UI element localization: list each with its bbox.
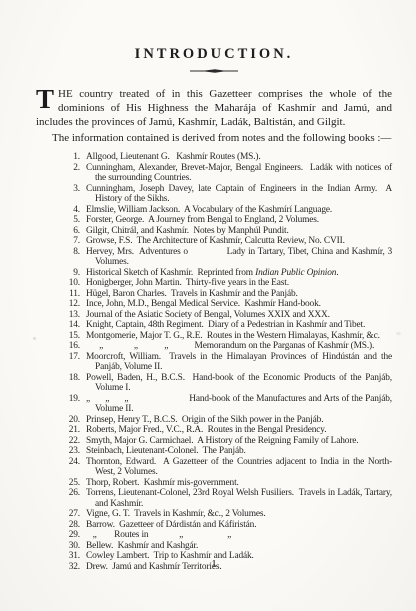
scan-speck <box>33 337 36 340</box>
list-item-number: 13. <box>54 310 86 321</box>
list-item-text: Thorp, Robert. Kashmír mis-government. <box>86 478 392 489</box>
list-item-text: Journal of the Asiatic Society of Bengal… <box>86 310 392 321</box>
list-item-text: Powell, Baden, H., B.C.S. Hand-book of t… <box>86 373 392 394</box>
list-item-number: 21. <box>54 425 86 436</box>
page-number: 1 <box>36 558 392 570</box>
list-item-number: 1. <box>54 152 86 163</box>
list-item-number: 2. <box>54 163 86 184</box>
intro-note: The information contained is derived fro… <box>36 131 392 145</box>
list-item: 1.Allgood, Lieutenant G. Kashmír Routes … <box>54 152 392 163</box>
list-item: 8.Hervey, Mrs. Adventures o Lady in Tart… <box>54 247 392 268</box>
list-item-number: 4. <box>54 205 86 216</box>
list-item-text: Allgood, Lieutenant G. Kashmír Routes (M… <box>86 152 392 163</box>
list-item: 21.Roberts, Major Fred., V.C., R.A. Rout… <box>54 425 392 436</box>
list-item-text: Prinsep, Henry T., B.C.S. Origin of the … <box>86 415 392 426</box>
list-item: 24.Thornton, Edward. A Gazetteer of the … <box>54 457 392 478</box>
list-item-text: „ „ „ Hand-book of the Manufactures and … <box>86 394 392 415</box>
intro-paragraph-text: HE country treated of in this Gazetteer … <box>36 88 392 128</box>
list-item: 2.Cunningham, Alexander, Brevet-Major, B… <box>54 163 392 184</box>
list-item: 16. „ „ „ Memorandum on the Parganas of … <box>54 341 392 352</box>
list-item-text: Ince, John, M.D., Bengal Medical Service… <box>86 299 392 310</box>
list-item-number: 9. <box>54 268 86 279</box>
list-item-number: 7. <box>54 236 86 247</box>
intro-paragraph: THE country treated of in this Gazetteer… <box>36 87 392 129</box>
list-item-text: Gilgit, Chitrál, and Kashmír. Notes by M… <box>86 226 392 237</box>
list-item: 29. „ Routes in „ „ <box>54 530 392 541</box>
list-item-number: 22. <box>54 436 86 447</box>
list-item-number: 20. <box>54 415 86 426</box>
list-item: 6.Gilgit, Chitrál, and Kashmír. Notes by… <box>54 226 392 237</box>
list-item-text: Bellew. Kashmír and Kashgár. <box>86 541 392 552</box>
list-item-number: 14. <box>54 320 86 331</box>
list-item: 17.Moorcroft, William. Travels in the Hi… <box>54 352 392 373</box>
list-item-number: 17. <box>54 352 86 373</box>
list-item-text: Montgomerie, Major T. G., R.E. Routes in… <box>86 331 392 342</box>
list-item-text: Thornton, Edward. A Gazetteer of the Cou… <box>86 457 392 478</box>
list-item-text: „ Routes in „ „ <box>86 530 392 541</box>
list-item-number: 23. <box>54 446 86 457</box>
book-page: INTRODUCTION. THE country treated of in … <box>0 0 416 611</box>
title-rule-ornament <box>189 68 239 74</box>
list-item-number: 19. <box>54 394 86 415</box>
page-title: INTRODUCTION. <box>36 46 392 63</box>
list-item-text: Roberts, Major Fred., V.C., R.A. Routes … <box>86 425 392 436</box>
list-item-number: 28. <box>54 520 86 531</box>
list-item-text: Knight, Captain, 48th Regiment. Diary of… <box>86 320 392 331</box>
list-item: 23.Steinbach, Lieutenant-Colonel. The Pa… <box>54 446 392 457</box>
list-item-text: „ „ „ Memorandum on the Parganas of Kash… <box>86 341 392 352</box>
list-item-number: 29. <box>54 530 86 541</box>
list-item: 25.Thorp, Robert. Kashmír mis-government… <box>54 478 392 489</box>
scan-speck <box>396 332 401 335</box>
list-item: 15.Montgomerie, Major T. G., R.E. Routes… <box>54 331 392 342</box>
book-list: 1.Allgood, Lieutenant G. Kashmír Routes … <box>54 152 392 572</box>
list-item: 19.„ „ „ Hand-book of the Manufactures a… <box>54 394 392 415</box>
list-item-text: Torrens, Lieutenant-Colonel, 23rd Royal … <box>86 488 392 509</box>
list-item: 7.Growse, F.S. The Architecture of Kashm… <box>54 236 392 247</box>
list-item: 26.Torrens, Lieutenant-Colonel, 23rd Roy… <box>54 488 392 509</box>
list-item: 27.Vigne, G. T. Travels in Kashmír, &c.,… <box>54 509 392 520</box>
list-item-number: 6. <box>54 226 86 237</box>
list-item: 18.Powell, Baden, H., B.C.S. Hand-book o… <box>54 373 392 394</box>
list-item-number: 30. <box>54 541 86 552</box>
list-item: 3.Cunningham, Joseph Davey, late Captain… <box>54 184 392 205</box>
list-item-number: 26. <box>54 488 86 509</box>
list-item: 20.Prinsep, Henry T., B.C.S. Origin of t… <box>54 415 392 426</box>
list-item: 13.Journal of the Asiatic Society of Ben… <box>54 310 392 321</box>
list-item-text: Barrow. Gazetteer of Dárdistán and Káfir… <box>86 520 392 531</box>
list-item-text: Steinbach, Lieutenant-Colonel. The Panjá… <box>86 446 392 457</box>
list-item-number: 10. <box>54 278 86 289</box>
drop-cap: T <box>36 87 58 111</box>
list-item-text: Hügel, Baron Charles. Travels in Kashmír… <box>86 289 392 300</box>
list-item: 30.Bellew. Kashmír and Kashgár. <box>54 541 392 552</box>
list-item-number: 5. <box>54 215 86 226</box>
list-item-text: Hervey, Mrs. Adventures o Lady in Tartar… <box>86 247 392 268</box>
list-item-text: Smyth, Major G. Carmichael. A History of… <box>86 436 392 447</box>
list-item: 5.Forster, George. A Journey from Bengal… <box>54 215 392 226</box>
list-item-number: 11. <box>54 289 86 300</box>
list-item-text: Cunningham, Joseph Davey, late Captain o… <box>86 184 392 205</box>
list-item: 28.Barrow. Gazetteer of Dárdistán and Ká… <box>54 520 392 531</box>
list-item-number: 27. <box>54 509 86 520</box>
list-item-text: Growse, F.S. The Architecture of Kashmír… <box>86 236 392 247</box>
list-item-number: 3. <box>54 184 86 205</box>
list-item-text: Vigne, G. T. Travels in Kashmír, &c., 2 … <box>86 509 392 520</box>
list-item-number: 24. <box>54 457 86 478</box>
list-item: 14.Knight, Captain, 48th Regiment. Diary… <box>54 320 392 331</box>
list-item: 22.Smyth, Major G. Carmichael. A History… <box>54 436 392 447</box>
list-item-number: 12. <box>54 299 86 310</box>
list-item-text: Forster, George. A Journey from Bengal t… <box>86 215 392 226</box>
list-item: 4.Elmslie, William Jackson. A Vocabulary… <box>54 205 392 216</box>
list-item: 12.Ince, John, M.D., Bengal Medical Serv… <box>54 299 392 310</box>
list-item: 10.Honigberger, John Martin. Thirty-five… <box>54 278 392 289</box>
list-item-text: Elmslie, William Jackson. A Vocabulary o… <box>86 205 392 216</box>
list-item-number: 8. <box>54 247 86 268</box>
list-item: 9.Historical Sketch of Kashmír. Reprinte… <box>54 268 392 279</box>
list-item: 11.Hügel, Baron Charles. Travels in Kash… <box>54 289 392 300</box>
list-item-number: 18. <box>54 373 86 394</box>
list-item-number: 25. <box>54 478 86 489</box>
list-item-text: Cunningham, Alexander, Brevet-Major, Ben… <box>86 163 392 184</box>
list-item-text: Honigberger, John Martin. Thirty-five ye… <box>86 278 392 289</box>
list-item-text: Historical Sketch of Kashmír. Reprinted … <box>86 268 392 279</box>
list-item-number: 15. <box>54 331 86 342</box>
list-item-number: 16. <box>54 341 86 352</box>
list-item-text: Moorcroft, William. Travels in the Himal… <box>86 352 392 373</box>
